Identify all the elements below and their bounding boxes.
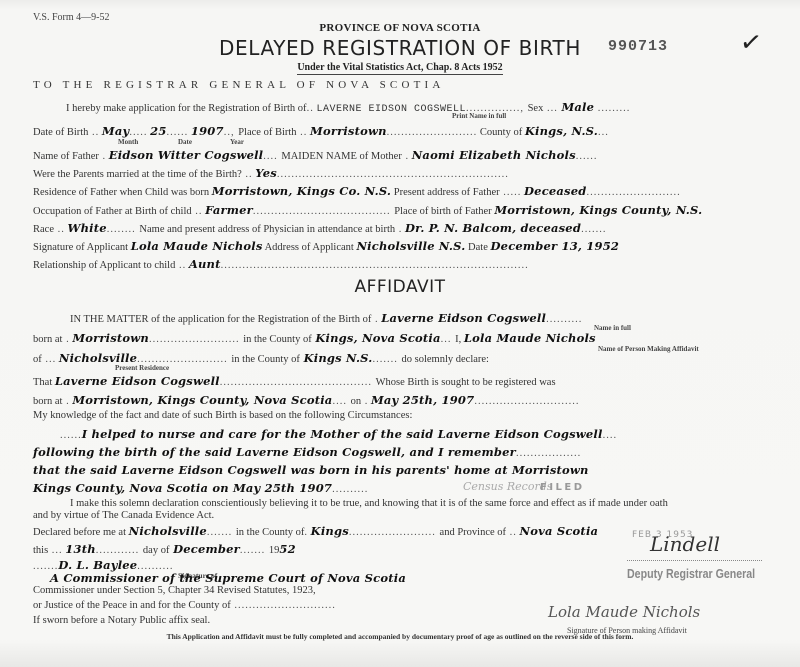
place-of-birth-label: Place of Birth bbox=[238, 127, 296, 138]
month-caption: Month bbox=[118, 138, 138, 146]
knowledge-row: My knowledge of the fact and date of suc… bbox=[33, 410, 412, 428]
registration-number: 990713 bbox=[608, 38, 668, 55]
circumstance-text-1: I helped to nurse and care for the Mothe… bbox=[82, 427, 603, 441]
intro-label: I hereby make application for the Regist… bbox=[66, 103, 307, 114]
applicant-row: Signature of Applicant Lola Maude Nichol… bbox=[33, 239, 619, 257]
dob-month: May bbox=[102, 124, 129, 138]
solemn-text-2: and by virtue of The Canada Evidence Act… bbox=[33, 510, 214, 521]
relationship-row: Relationship of Applicant to child .. Au… bbox=[33, 257, 529, 275]
father-label: Name of Father bbox=[33, 151, 99, 162]
residence-county-label: in the County of bbox=[231, 354, 300, 365]
county-value: Kings, N.S. bbox=[525, 124, 598, 138]
race-label: Race bbox=[33, 224, 54, 235]
declared-label: Declared before me at bbox=[33, 527, 126, 538]
mother-label: MAIDEN NAME of Mother bbox=[281, 151, 401, 162]
county-label: County of bbox=[480, 127, 522, 138]
relationship-value: Aunt bbox=[189, 257, 221, 271]
residence-value: Nicholsville bbox=[59, 351, 137, 365]
affiant-signature: Lola Maude Nichols bbox=[548, 603, 700, 621]
date-caption: Date bbox=[178, 138, 192, 146]
print-name-caption: Print Name in full bbox=[452, 112, 506, 120]
filed-stamp: FILED bbox=[540, 482, 585, 493]
father-birthplace: Morristown, Kings County, N.S. bbox=[494, 203, 702, 217]
occupation-label: Occupation of Father at Birth of child bbox=[33, 206, 192, 217]
born-at-on-row: born at . Morristown, Kings County, Nova… bbox=[33, 393, 579, 411]
filed-stamp-handwriting: Census Records bbox=[463, 480, 552, 493]
notary-label: If sworn before a Notary Public affix se… bbox=[33, 615, 210, 626]
province-label: and Province of bbox=[440, 527, 506, 538]
sex-value: Male bbox=[561, 100, 594, 114]
registrar-signature: Lindell bbox=[650, 532, 720, 556]
dob-date: 25 bbox=[150, 124, 166, 138]
father-present-label: Present address of Father bbox=[394, 187, 500, 198]
application-date: December 13, 1952 bbox=[491, 239, 620, 253]
relationship-label: Relationship of Applicant to child bbox=[33, 260, 175, 271]
circumstance-text-4: Kings County, Nova Scotia on May 25th 19… bbox=[33, 481, 332, 495]
province-heading: PROVINCE OF NOVA SCOTIA bbox=[0, 22, 800, 34]
matter-row: IN THE MATTER of the application for the… bbox=[70, 311, 582, 329]
race-physician-row: Race .. White........ Name and present a… bbox=[33, 221, 606, 239]
commissioner-signature: D. L. Baylee bbox=[58, 558, 137, 572]
physician-value: Dr. P. N. Balcom, deceased bbox=[405, 221, 581, 235]
matter-label: IN THE MATTER of the application for the… bbox=[70, 314, 371, 325]
year-caption: Year bbox=[230, 138, 244, 146]
document-subtitle: Under the Vital Statistics Act, Chap. 8 … bbox=[0, 62, 800, 73]
declared-year-suffix: 52 bbox=[279, 542, 295, 556]
commissioner-label: Commissioner under Section 5, Chapter 34… bbox=[33, 585, 316, 596]
check-mark-icon: ✓ bbox=[738, 27, 764, 60]
declared-province: Nova Scotia bbox=[520, 524, 599, 538]
name-in-full-caption: Name in full bbox=[594, 324, 631, 332]
document-title: DELAYED REGISTRATION OF BIRTH bbox=[0, 36, 800, 60]
day-of-label: day of bbox=[143, 545, 170, 556]
residence-county-value: Kings N.S. bbox=[304, 351, 373, 365]
that-row: That Laverne Eidson Cogswell............… bbox=[33, 374, 556, 392]
present-residence-caption: Present Residence bbox=[115, 364, 169, 372]
applicant-signature-label: Signature of Applicant bbox=[33, 242, 128, 253]
affidavit-child-name: Laverne Eidson Cogswell bbox=[381, 311, 546, 325]
addressee-line: TO THE REGISTRAR GENERAL OF NOVA SCOTIA bbox=[33, 79, 445, 91]
that-label: That bbox=[33, 377, 52, 388]
date-label: Date bbox=[468, 242, 488, 253]
circumstance-line-1: ......I helped to nurse and care for the… bbox=[60, 427, 617, 445]
declared-county: Kings bbox=[311, 524, 349, 538]
whose-birth-label: Whose Birth is sought to be registered w… bbox=[376, 377, 556, 388]
born-county-label: in the County of bbox=[243, 334, 312, 345]
applicant-address: Nicholsville N.S. bbox=[356, 239, 465, 253]
declared-at: Nicholsville bbox=[129, 524, 207, 538]
applicant-signature: Lola Maude Nichols bbox=[131, 239, 263, 253]
born-county-value: Kings, Nova Scotia bbox=[315, 331, 440, 345]
declared-month: December bbox=[173, 542, 240, 556]
father-present: Deceased bbox=[524, 184, 587, 198]
justice-label: or Justice of the Peace in and for the C… bbox=[33, 600, 231, 611]
dob-label: Date of Birth bbox=[33, 127, 88, 138]
dob-year: 1907 bbox=[191, 124, 224, 138]
on-label: on bbox=[351, 396, 362, 407]
knowledge-label: My knowledge of the fact and date of suc… bbox=[33, 410, 412, 421]
affiant-caption: Name of Person Making Affidavit bbox=[598, 345, 699, 353]
year-prefix: 19 bbox=[269, 545, 280, 556]
declared-day: 13th bbox=[65, 542, 95, 556]
deputy-registrar-title: Deputy Registrar General bbox=[627, 567, 755, 581]
child-name-typed: LAVERNE EIDSON COGSWELL bbox=[316, 104, 466, 115]
that-name: Laverne Eidson Cogswell bbox=[55, 374, 220, 388]
declared-county-label: in the County of bbox=[236, 527, 305, 538]
born-at-row: born at . Morristown....................… bbox=[33, 331, 596, 349]
registrar-signature-line bbox=[627, 560, 762, 561]
circumstance-line-4: Kings County, Nova Scotia on May 25th 19… bbox=[33, 481, 368, 499]
parents-row: Name of Father . Eidson Witter Cogswell.… bbox=[33, 148, 598, 166]
of-label: of bbox=[33, 354, 42, 365]
footer-note: This Application and Affidavit must be f… bbox=[0, 632, 800, 641]
circumstance-text-2: following the birth of the said Laverne … bbox=[33, 445, 516, 459]
commissioner-title: A Commissioner of the Supreme Court of N… bbox=[50, 571, 406, 585]
solemn-text-1: I make this solemn declaration conscient… bbox=[70, 498, 668, 509]
this-label: this bbox=[33, 545, 48, 556]
sex-label: Sex bbox=[528, 103, 544, 114]
race-value: White bbox=[68, 221, 107, 235]
subtitle-text: Under the Vital Statistics Act, Chap. 8 … bbox=[297, 62, 502, 75]
circumstance-line-3: that the said Laverne Eidson Cogswell wa… bbox=[33, 463, 589, 481]
father-name: Eidson Witter Cogswell bbox=[109, 148, 263, 162]
circumstance-line-2: following the birth of the said Laverne … bbox=[33, 445, 581, 463]
declare-label: do solemnly declare: bbox=[402, 354, 489, 365]
circumstance-text-3: that the said Laverne Eidson Cogswell wa… bbox=[33, 463, 589, 477]
i-label: I, bbox=[455, 334, 461, 345]
married-value: Yes bbox=[255, 166, 277, 180]
father-residence-label: Residence of Father when Child was born bbox=[33, 187, 209, 198]
born-at2-value: Morristown, Kings County, Nova Scotia bbox=[72, 393, 332, 407]
father-residence-row: Residence of Father when Child was born … bbox=[33, 184, 681, 202]
application-intro-row: I hereby make application for the Regist… bbox=[66, 100, 630, 118]
physician-label: Name and present address of Physician in… bbox=[139, 224, 395, 235]
married-row: Were the Parents married at the time of … bbox=[33, 166, 509, 184]
notary-row: If sworn before a Notary Public affix se… bbox=[33, 615, 210, 633]
occupation-value: Farmer bbox=[205, 203, 253, 217]
born-on-value: May 25th, 1907 bbox=[371, 393, 474, 407]
occupation-row: Occupation of Father at Birth of child .… bbox=[33, 203, 702, 221]
residence-row: of ... Nicholsville.....................… bbox=[33, 351, 489, 369]
affidavit-heading: AFFIDAVIT bbox=[0, 277, 800, 297]
mother-name: Naomi Elizabeth Nichols bbox=[412, 148, 576, 162]
applicant-address-label: Address of Applicant bbox=[265, 242, 354, 253]
declared-row: Declared before me at Nicholsville......… bbox=[33, 524, 598, 542]
married-label: Were the Parents married at the time of … bbox=[33, 169, 242, 180]
affiant-name: Lola Maude Nichols bbox=[464, 331, 596, 345]
place-of-birth: Morristown bbox=[310, 124, 387, 138]
born-at-label: born at bbox=[33, 334, 62, 345]
father-residence: Morristown, Kings Co. N.S. bbox=[212, 184, 391, 198]
birth-registration-document: V.S. Form 4—9-52 PROVINCE OF NOVA SCOTIA… bbox=[0, 0, 800, 667]
father-birthplace-label: Place of birth of Father bbox=[394, 206, 491, 217]
born-at2-label: born at bbox=[33, 396, 62, 407]
born-at-value: Morristown bbox=[72, 331, 149, 345]
